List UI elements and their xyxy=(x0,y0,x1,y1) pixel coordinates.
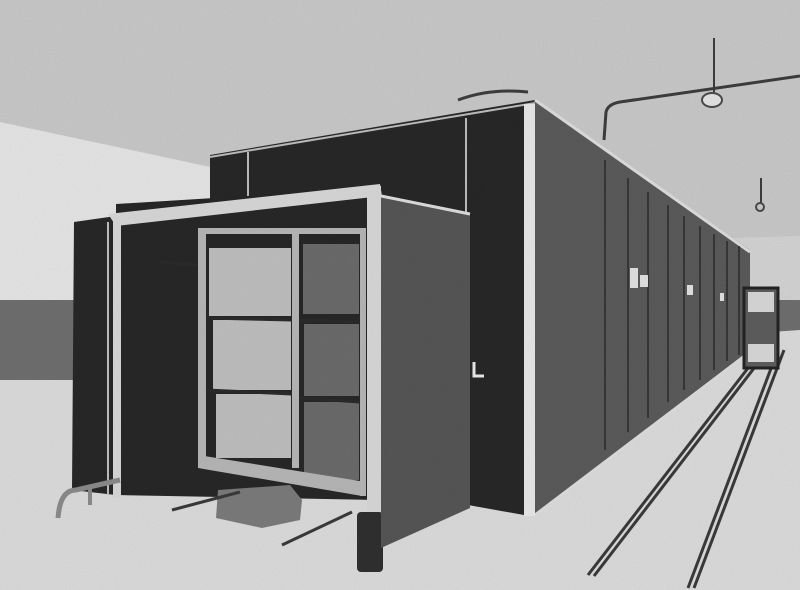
kiln-scene-svg xyxy=(0,0,800,590)
front-door-panel[interactable] xyxy=(381,196,470,548)
chamber-right-post xyxy=(367,186,381,516)
chamber-left-post xyxy=(113,216,121,498)
left-wall-dado xyxy=(0,300,80,390)
chamber-left-wall xyxy=(72,216,116,495)
tray xyxy=(213,320,291,390)
far-end-cart[interactable] xyxy=(744,288,778,368)
tray xyxy=(303,244,359,314)
post-base xyxy=(357,512,383,572)
side-fixture xyxy=(640,275,648,287)
kiln-photograph xyxy=(0,0,800,590)
corner-post xyxy=(524,104,535,516)
side-fixture xyxy=(687,285,693,295)
tray xyxy=(209,248,291,316)
side-fixture xyxy=(630,268,638,288)
tray xyxy=(304,402,359,480)
ceiling-lamp-icon xyxy=(702,93,722,107)
tray xyxy=(216,394,291,458)
side-fixture xyxy=(720,293,724,301)
tray xyxy=(304,324,359,396)
